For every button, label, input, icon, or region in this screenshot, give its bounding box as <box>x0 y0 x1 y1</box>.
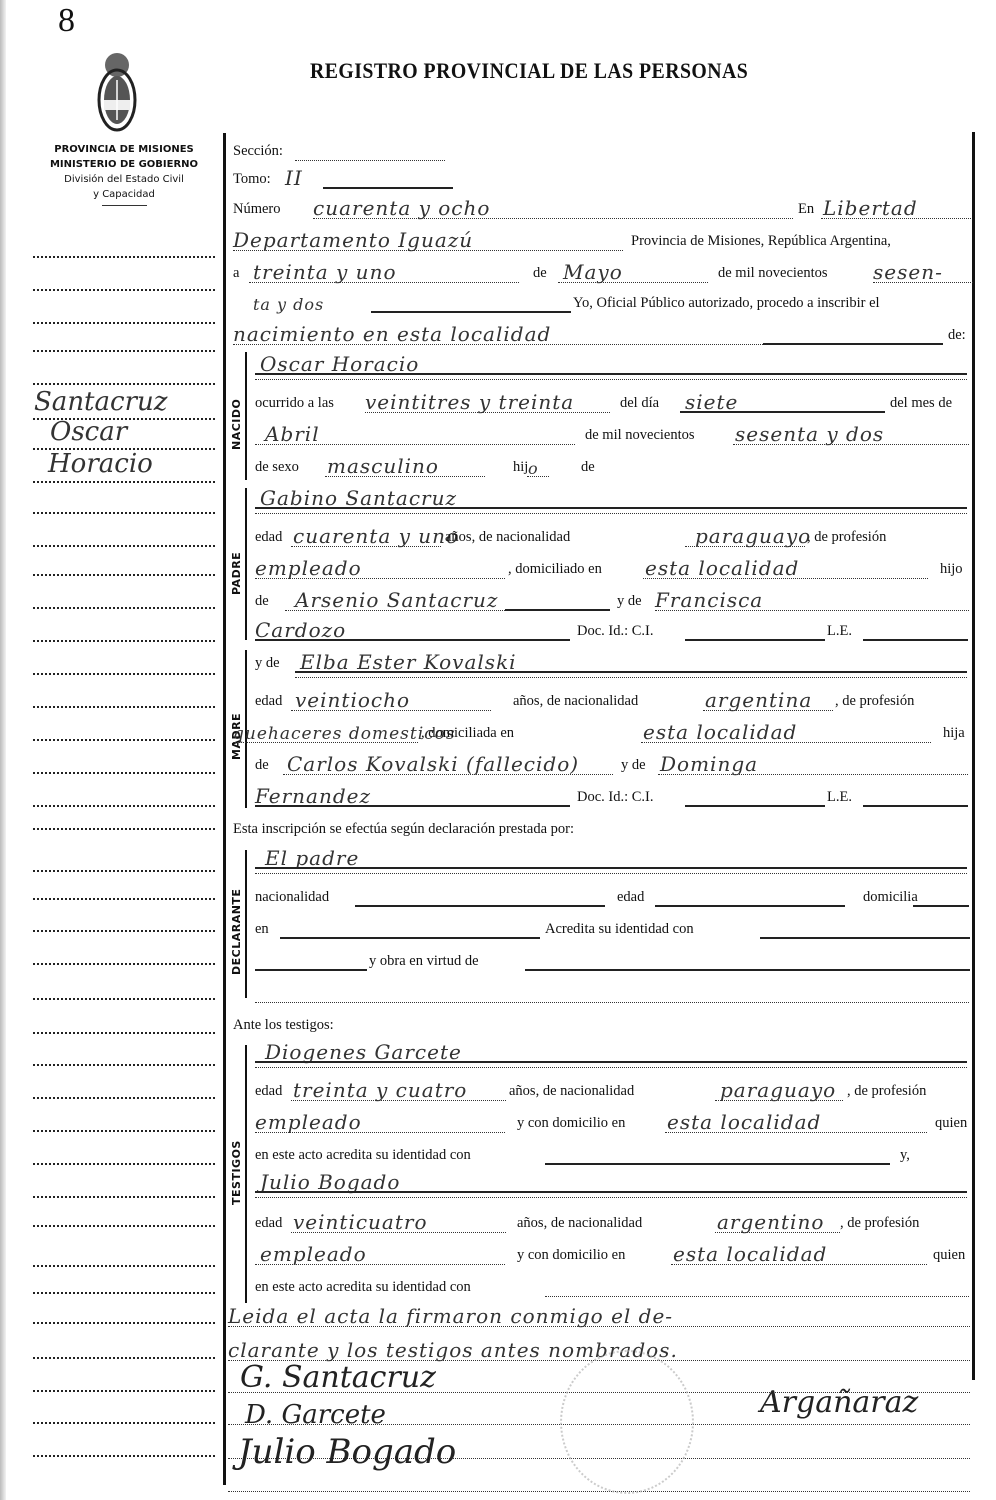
anio-inscripcion-value-2: ta y dos <box>253 295 324 314</box>
row-testigo2-nombre: Julio Bogado <box>255 1166 971 1196</box>
acto-value: nacimiento en esta localidad <box>233 322 551 346</box>
testigo1-nacionalidad-value: paraguayo <box>720 1078 836 1102</box>
localidad-value: Libertad <box>823 196 918 220</box>
margin-name-2: Horacio <box>48 449 153 479</box>
row-seccion: Sección: <box>233 134 973 164</box>
padre-edad-value: cuarenta y uno <box>293 524 459 548</box>
row-nacido-hora: ocurrido a las veintitres y treinta del … <box>255 386 971 416</box>
madre-domicilio-value: esta localidad <box>643 720 797 744</box>
row-nacido-fecha: Abril de mil novecientos sesenta y dos <box>255 418 971 448</box>
testigo1-domicilio-value: esta localidad <box>667 1110 821 1134</box>
testigo2-domicilio-value: esta localidad <box>673 1242 827 1266</box>
row-nacido-nombre: Oscar Horacio <box>255 348 971 378</box>
row-testigo2-profesion: empleado y con domicilio en esta localid… <box>255 1238 971 1268</box>
abuela-materna-value-1: Dominga <box>660 752 758 776</box>
row-testigo1-profesion: empleado y con domicilio en esta localid… <box>255 1106 971 1136</box>
row-departamento: Departamento Iguazú Provincia de Misione… <box>233 224 973 254</box>
signature-oficial: Argañaraz <box>760 1385 918 1420</box>
testigo2-edad-value: veinticuatro <box>293 1210 428 1234</box>
row-declarante-en: en Acredita su identidad con <box>255 912 971 942</box>
anio-nacimiento-value: sesenta y dos <box>735 422 884 446</box>
testigo1-profesion-value: empleado <box>255 1110 362 1134</box>
division-name-2: y Capacidad <box>30 187 218 202</box>
testigo2-profesion-value: empleado <box>260 1242 367 1266</box>
testigo2-nacionalidad-value: argentino <box>717 1210 824 1234</box>
padre-nacionalidad-value: paraguayo <box>695 524 811 548</box>
section-label-nacido: NACIDO <box>230 399 243 450</box>
row-fecha: a treinta y uno de Mayo de mil novecient… <box>233 256 973 286</box>
row-declarante-extra <box>255 976 971 1006</box>
margin-surname: Santacruz <box>34 387 167 417</box>
abuela-paterna-value-1: Francisca <box>655 588 763 612</box>
row-testigos-intro: Ante los testigos: <box>233 1008 973 1038</box>
row-declarante-nombre: El padre <box>255 842 971 872</box>
abuelo-materno-value: Carlos Kovalski (fallecido) <box>287 752 579 776</box>
row-padre-edad: edad cuarenta y uno años, de nacionalida… <box>255 520 971 550</box>
row-padre-doc: Cardozo Doc. Id.: C.I. L.E. <box>255 614 971 644</box>
signature-testigo-2: Julio Bogado <box>238 1432 456 1472</box>
province-name: PROVINCIA DE MISIONES <box>30 142 218 157</box>
row-madre-abuelos: de Carlos Kovalski (fallecido) y de Domi… <box>255 748 971 778</box>
row-oficial: ta y dos Yo, Oficial Público autorizado,… <box>233 286 973 316</box>
signature-testigo-1: D. Garcete <box>245 1400 386 1430</box>
official-stamp <box>560 1350 694 1494</box>
form-left-border <box>223 133 226 1485</box>
row-numero: Número cuarenta y ocho En Libertad <box>233 192 973 222</box>
row-acto: nacimiento en esta localidad de: <box>233 318 973 348</box>
madre-nacionalidad-value: argentina <box>705 688 812 712</box>
page-number: 8 <box>58 2 75 40</box>
document-title: REGISTRO PROVINCIAL DE LAS PERSONAS <box>310 58 748 84</box>
page-edge <box>0 0 6 1500</box>
row-testigo1-acredita: en este acto acredita su identidad con y… <box>255 1138 971 1168</box>
division-name: División del Estado Civil <box>30 172 218 187</box>
sexo-value: masculino <box>327 454 439 478</box>
anio-inscripcion-value-1: sesen- <box>873 260 943 284</box>
numero-value: cuarenta y ocho <box>313 196 490 220</box>
padre-domicilio-value: esta localidad <box>645 556 799 580</box>
mes-inscripcion-value: Mayo <box>563 260 623 284</box>
abuelo-paterno-value: Arsenio Santacruz <box>295 588 498 612</box>
row-testigo2-edad: edad veinticuatro años, de nacionalidad … <box>255 1206 971 1236</box>
departamento-value: Departamento Iguazú <box>233 228 473 252</box>
tomo-value: II <box>285 166 303 190</box>
row-madre-nombre: y de Elba Ester Kovalski <box>255 646 971 676</box>
issuer-block: PROVINCIA DE MISIONES MINISTERIO DE GOBI… <box>30 142 218 206</box>
section-label-declarante: DECLARANTE <box>230 889 243 975</box>
margin-name-1: Oscar <box>50 417 127 447</box>
row-testigo2-acredita: en este acto acredita su identidad con <box>255 1270 971 1300</box>
row-tomo: Tomo: II <box>233 162 973 192</box>
section-label-testigos: TESTIGOS <box>230 1140 243 1205</box>
madre-edad-value: veintiocho <box>295 688 410 712</box>
section-label-padre: PADRE <box>230 552 243 595</box>
ministry-name: MINISTERIO DE GOBIERNO <box>30 157 218 172</box>
hora-value: veintitres y treinta <box>365 390 574 414</box>
signature-declarante: G. Santacruz <box>240 1360 436 1395</box>
row-declarante-obra: y obra en virtud de <box>255 944 971 974</box>
closing-line-1: Leida el acta la firmaron conmigo el de- <box>228 1304 673 1328</box>
row-madre-profesion: quehaceres domesticos , domiciliada en e… <box>233 716 971 746</box>
row-madre-edad: edad veintiocho años, de nacionalidad ar… <box>255 684 971 714</box>
row-madre-doc: Fernandez Doc. Id.: C.I. L.E. <box>255 780 971 810</box>
row-padre-nombre: Gabino Santacruz <box>255 482 971 512</box>
row-closing-1: Leida el acta la firmaron conmigo el de- <box>228 1300 972 1330</box>
row-padre-profesion: empleado , domiciliado en esta localidad… <box>255 552 971 582</box>
row-declarante-nacionalidad: nacionalidad edad domicilia <box>255 880 971 910</box>
argentine-coat-of-arms-icon <box>96 50 138 132</box>
padre-profesion-value: empleado <box>255 556 362 580</box>
row-padre-abuelos: de Arsenio Santacruz y de Francisca <box>255 584 971 614</box>
row-declaracion-intro: Esta inscripción se efectúa según declar… <box>233 812 973 842</box>
row-testigo1-edad: edad treinta y cuatro años, de nacionali… <box>255 1074 971 1104</box>
mes-nacimiento-value: Abril <box>265 422 320 446</box>
testigo1-edad-value: treinta y cuatro <box>293 1078 467 1102</box>
row-nacido-sexo: de sexo masculino hij o de <box>255 450 971 480</box>
row-testigo1-nombre: Diogenes Garcete <box>255 1036 971 1066</box>
dia-inscripcion-value: treinta y uno <box>253 260 397 284</box>
